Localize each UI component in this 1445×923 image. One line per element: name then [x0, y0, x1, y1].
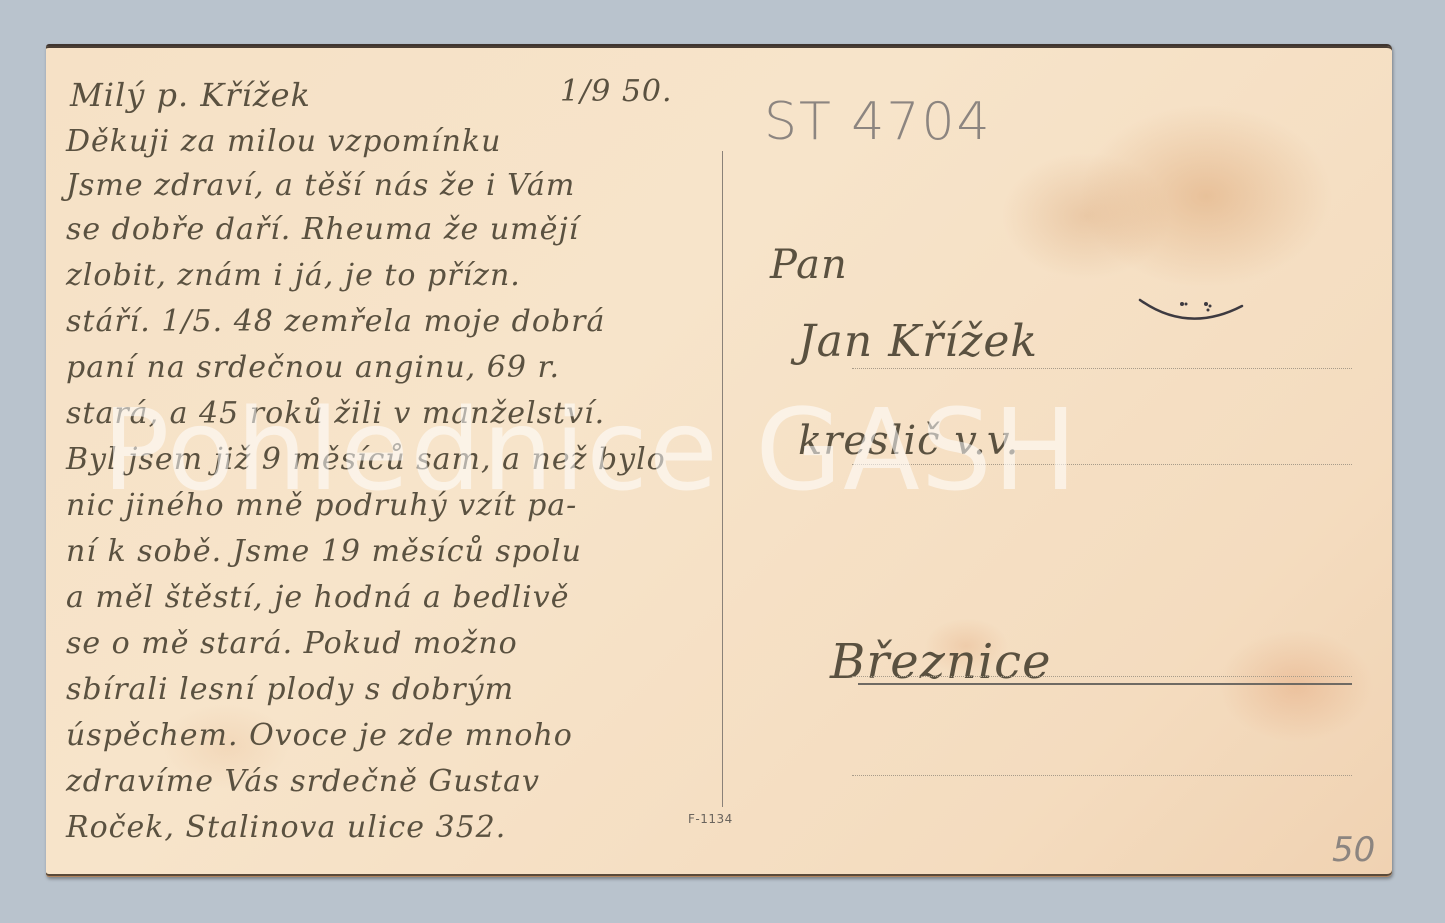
greeting: Milý p. Křížek: [70, 76, 311, 114]
letter-line: Jsme zdraví, a těší nás že i Vám: [66, 168, 575, 203]
address-line-4: [852, 775, 1352, 776]
letter-line: Byl jsem již 9 měsíců sam, a než bylo: [66, 442, 666, 477]
address-name: Jan Křížek: [798, 316, 1038, 367]
letter-line: Děkuji za milou vzpomínku: [66, 124, 501, 159]
postmark-icon: [1138, 292, 1248, 332]
letter-line: paní na srdečnou anginu, 69 r.: [66, 350, 560, 385]
postcard-back: Milý p. Křížek 1/9 50. Děkuji za milou v…: [46, 44, 1392, 877]
letter-line: ní k sobě. Jsme 19 měsíců spolu: [66, 534, 582, 569]
town-underline: [858, 683, 1352, 685]
address-salutation: Pan: [770, 242, 848, 288]
letter-line: se o mě stará. Pokud možno: [66, 626, 518, 661]
letter-line: úspěchem. Ovoce je zde mnoho: [66, 718, 573, 753]
address-line-2: [852, 464, 1352, 465]
address-line-1: [852, 368, 1352, 369]
letter-line: zlobit, znám i já, je to přízn.: [66, 258, 521, 293]
address-line-3: [852, 676, 1352, 677]
letter-line: sbírali lesní plody s dobrým: [66, 672, 514, 707]
letter-line: stará, a 45 roků žili v manželství.: [66, 396, 605, 431]
address-town: Březnice: [830, 634, 1051, 690]
letter-line: stáří. 1/5. 48 zemřela moje dobrá: [66, 304, 605, 339]
letter-date: 1/9 50.: [560, 74, 673, 109]
letter-line: nic jiného mně podruhý vzít pa-: [66, 488, 577, 523]
price-mark: 50: [1332, 830, 1375, 870]
letter-line: a měl štěstí, je hodná a bedlivě: [66, 580, 569, 615]
address-title: kreslič v.v.: [798, 418, 1019, 464]
letter-line: Roček, Stalinova ulice 352.: [66, 810, 506, 845]
printed-code: F-1134: [688, 812, 733, 826]
letter-line: se dobře daří. Rheuma že umějí: [66, 212, 579, 247]
center-divider: [722, 151, 723, 807]
catalog-number: ST 4704: [764, 92, 992, 152]
letter-line: zdravíme Vás srdečně Gustav: [66, 764, 540, 799]
